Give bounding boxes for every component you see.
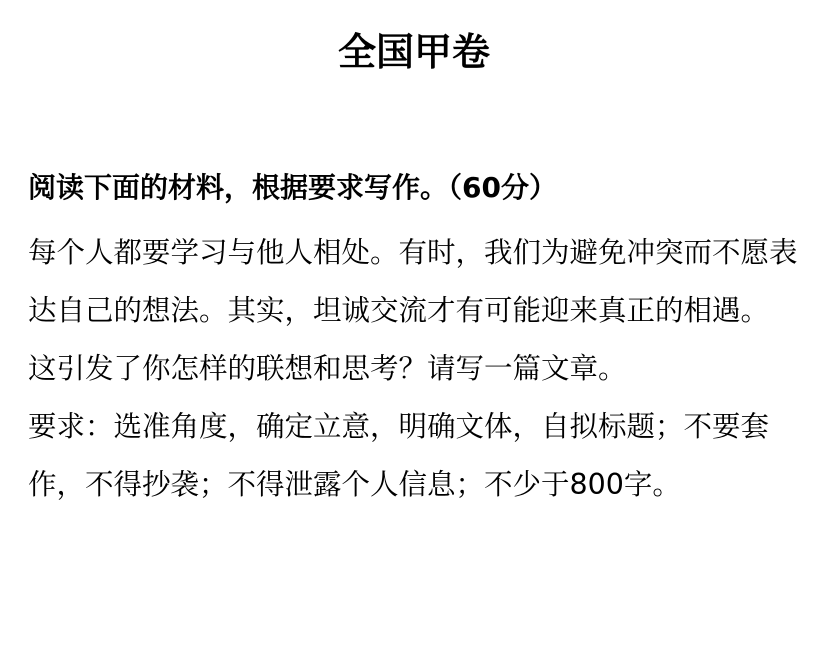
task-paragraph: 这引发了你怎样的联想和思考？请写一篇文章。 [28,340,818,398]
writing-instruction: 阅读下面的材料，根据要求写作。（60分） [28,168,557,208]
requirements-paragraph: 要求：选准角度，确定立意，明确文体，自拟标题；不要套作，不得抄袭；不得泄露个人信… [28,398,818,514]
page-title: 全国甲卷 [0,26,828,78]
material-paragraph: 每个人都要学习与他人相处。有时，我们为避免冲突而不愿表达自己的想法。其实，坦诚交… [28,224,818,340]
prompt-body: 每个人都要学习与他人相处。有时，我们为避免冲突而不愿表达自己的想法。其实，坦诚交… [28,224,818,514]
